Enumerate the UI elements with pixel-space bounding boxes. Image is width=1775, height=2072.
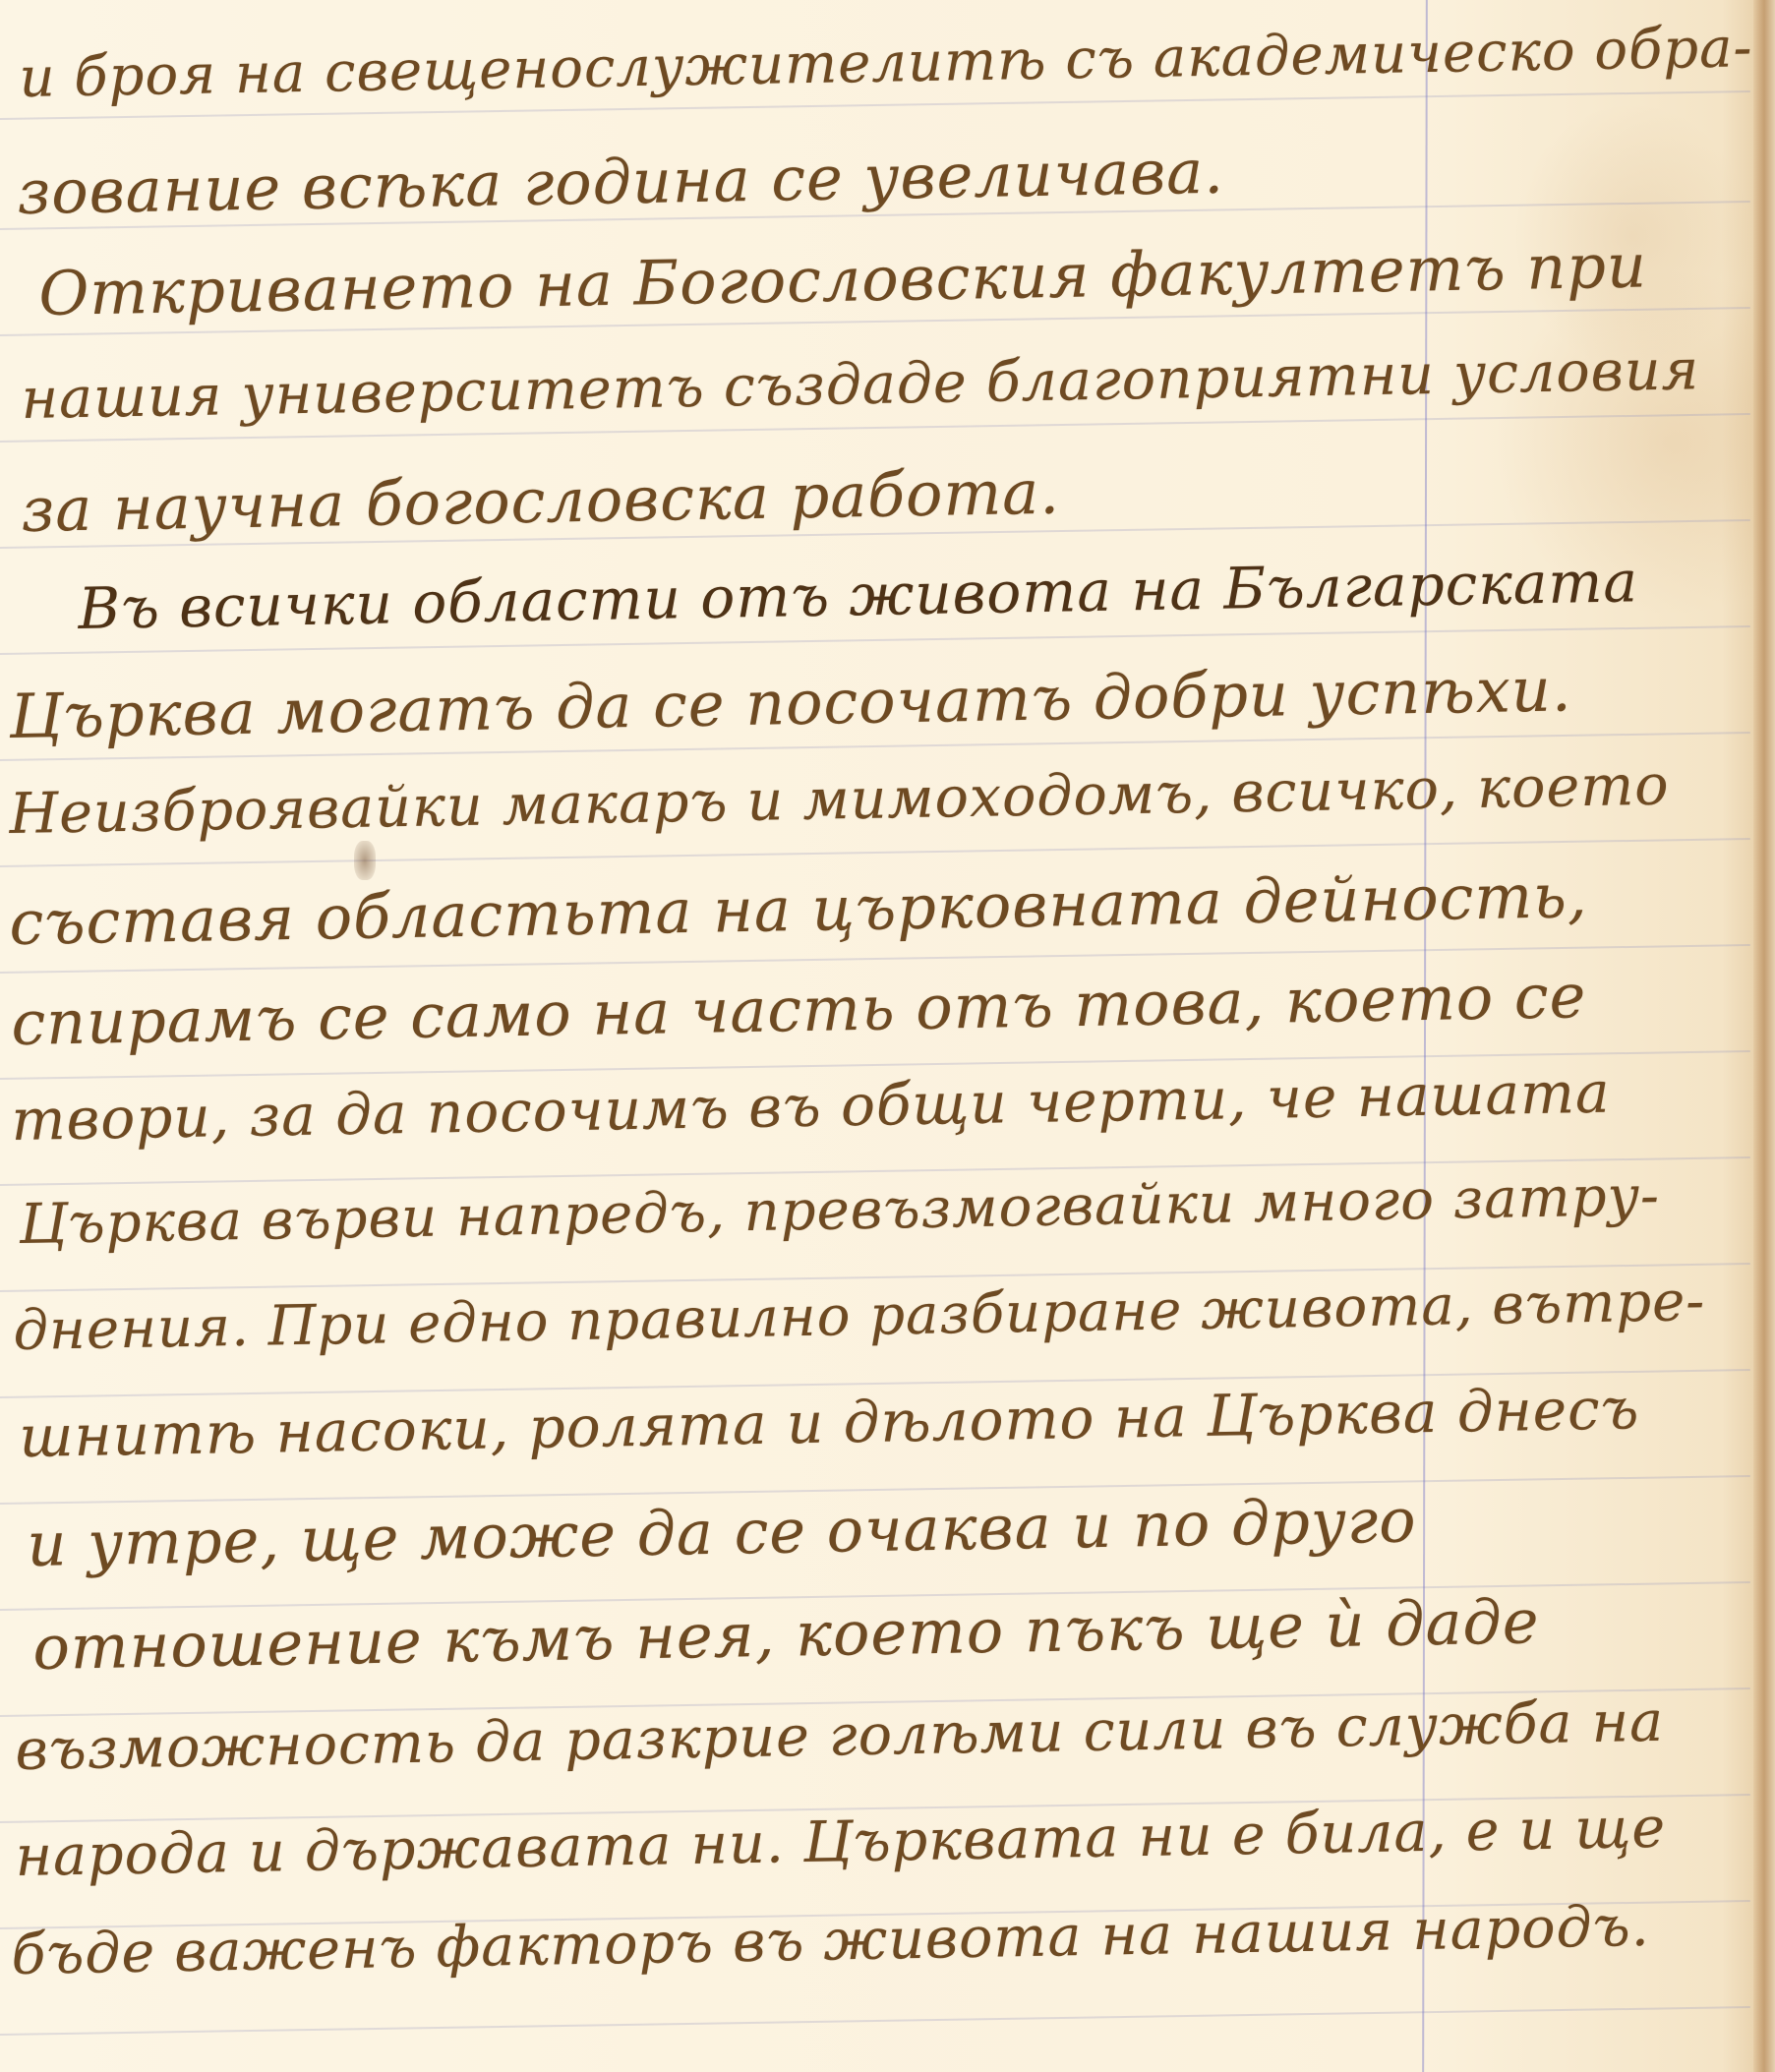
margin-line [1422,0,1428,2072]
handwritten-line-17: възможность да разкрие голѣми сили въ сл… [15,1694,1665,1779]
handwritten-line-7: Църква могатъ да се посочатъ добри успѣх… [9,659,1572,747]
page-edge [1753,0,1775,2072]
handwritten-line-1: и броя на свещенослужителитѣ съ академич… [19,21,1753,106]
handwritten-line-18: народа и държавата ни. Църквата ни е бил… [15,1801,1667,1885]
handwritten-line-19: бъде важенъ факторъ въ живота на нашия н… [11,1899,1650,1983]
handwritten-line-11: твори, за да посочимъ въ общи черти, че … [11,1064,1611,1149]
handwritten-line-9: съставя областьта на църковната дейность… [9,865,1588,954]
handwritten-line-4: нашия университетъ създаде благоприятни … [21,342,1700,428]
handwritten-line-8: Неизброявайки макаръ и мимоходомъ, всичк… [9,758,1670,843]
handwritten-line-5: за научна богословска работа. [21,462,1060,541]
handwritten-line-3: Откриването на Богословския факултетъ пр… [38,235,1647,325]
handwritten-line-6: Въ всички области отъ живота на Българск… [78,553,1638,637]
handwritten-line-10: спирамъ се само на часть отъ това, което… [11,966,1587,1054]
manuscript-page: и броя на свещенослужителитѣ съ академич… [0,0,1775,2072]
ink-stain [354,841,376,880]
handwritten-line-15: и утре, ще може да се очаква и по друго [27,1490,1417,1575]
ruled-line [0,2006,1750,2036]
